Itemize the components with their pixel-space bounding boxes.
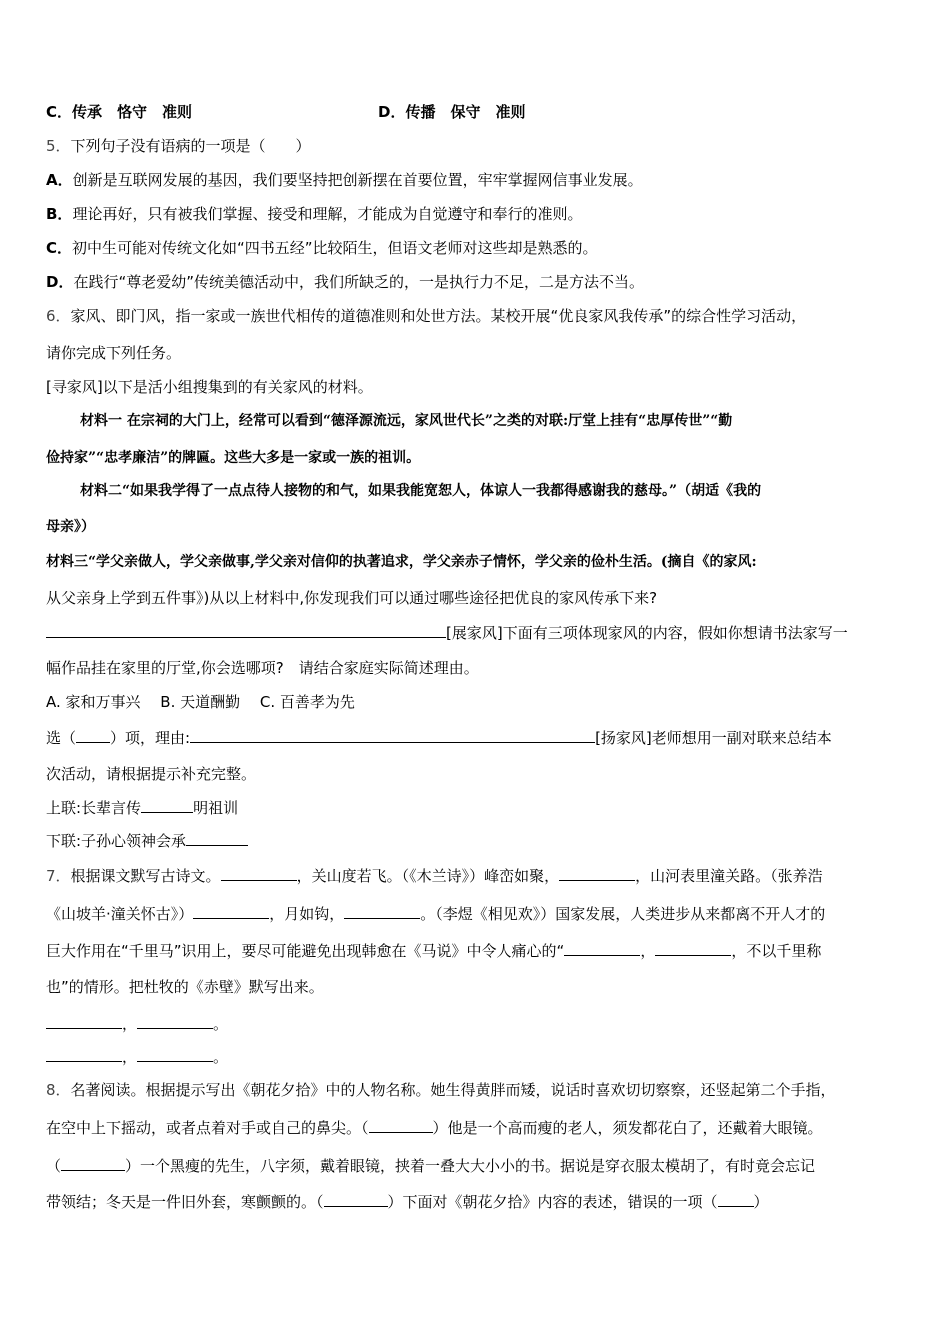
answer-blank[interactable] (193, 903, 269, 919)
q4-option-c: C．传承 恪守 准则 (46, 102, 192, 122)
answer-blank[interactable] (137, 1013, 213, 1029)
option-text: 传播 保守 准则 (405, 103, 525, 121)
punct: ， (122, 1015, 137, 1033)
q6-stem-line1: 6．家风、即门风，指一家或一族世代相传的道德准则和处世方法。某校开展“优良家风我… (46, 306, 806, 326)
material3-line2: 从父亲身上学到五件事》)从以上材料中,你发现我们可以通过哪些途径把优良的家风传承… (46, 588, 657, 608)
chibi-line1: ，。 (46, 1013, 228, 1034)
question-number: 6． (46, 307, 71, 325)
answer-blank[interactable] (564, 940, 640, 956)
option-text: 初中生可能对传统文化如“四书五经”比较陌生，但语文老师对这些却是熟悉的。 (72, 239, 598, 257)
punct: 。 (213, 1015, 228, 1033)
choose-suffix: ）项，理由: (110, 729, 190, 747)
q7-line2: 《山坡羊·潼关怀古》），月如钩，。（李煜《相见欢》）国家发展，人类进步从来都离不… (46, 903, 825, 924)
q5-option-a: A．创新是互联网发展的基因，我们要坚持把创新摆在首要位置，牢牢掌握网信事业发展。 (46, 170, 643, 190)
option-text: 传承 恪守 准则 (72, 103, 192, 121)
option-text: 在践行“尊老爱幼”传统美德活动中，我们所缺乏的，一是执行力不足，二是方法不当。 (73, 273, 644, 291)
q8-text: ） (754, 1193, 769, 1211)
task2-line1: [展家风]下面有三项体现家风的内容，假如你想请书法家写一 (46, 622, 848, 643)
answer-blank[interactable] (46, 1013, 122, 1029)
answer-blank[interactable] (61, 1155, 125, 1171)
answer-blank[interactable] (718, 1191, 754, 1207)
option-label: D． (46, 273, 73, 291)
couplet-upper-suffix: 明祖训 (193, 799, 238, 817)
option-label: C． (46, 103, 72, 121)
q8-text: ）他是一个高而瘦的老人，须发都花白了，还戴着大眼镜。 (433, 1119, 823, 1137)
reason-blank[interactable] (190, 727, 595, 743)
answer-blank[interactable] (46, 622, 446, 638)
q8-text: ）一个黑瘦的先生，八字须，戴着眼镜，挟着一叠大大小小的书。据说是穿衣服太模胡了，… (125, 1157, 815, 1175)
choice-blank[interactable] (76, 727, 110, 743)
question-text: 家风、即门风，指一家或一族世代相传的道德准则和处世方法。某校开展“优良家风我传承… (71, 307, 807, 325)
q5-option-c: C．初中生可能对传统文化如“四书五经”比较陌生，但语文老师对这些却是熟悉的。 (46, 238, 598, 258)
answer-blank[interactable] (221, 865, 297, 881)
answer-blank[interactable] (559, 865, 635, 881)
q5-option-b: B．理论再好，只有被我们掌握、接受和理解，才能成为自觉遵守和奉行的准则。 (46, 204, 582, 224)
q7-text: 根据课文默写古诗文。 (71, 867, 221, 885)
material1-line1: 材料一 在宗祠的大门上，经常可以看到“德泽源流远，家风世代长”之类的对联:厅堂上… (80, 411, 732, 431)
q7-line4: 也”的情形。把杜牧的《赤壁》默写出来。 (46, 977, 324, 997)
question-text: 下列句子没有语病的一项是（ ） (71, 137, 311, 155)
couplet-upper-blank[interactable] (141, 797, 193, 813)
q7-text: 《山坡羊·潼关怀古》） (46, 905, 193, 923)
q7-text: ， (640, 942, 655, 960)
chibi-line2: ，。 (46, 1046, 228, 1067)
task2-options: A. 家和万事兴 B. 天道酬勤 C. 百善孝为先 (46, 692, 355, 712)
q8-text: ）下面对《朝花夕拾》内容的表述，错误的一项（ (388, 1193, 718, 1211)
q8-line2: 在空中上下摇动，或者点着对手或自己的鼻尖。（）他是一个高而瘦的老人，须发都花白了… (46, 1117, 823, 1138)
q8-text: （ (46, 1157, 61, 1175)
q8-text: 在空中上下摇动，或者点着对手或自己的鼻尖。（ (46, 1119, 369, 1137)
option-label: C． (46, 239, 72, 257)
q6-stem-line2: 请你完成下列任务。 (46, 343, 181, 363)
q7-line1: 7．根据课文默写古诗文。，关山度若飞。（《木兰诗》）峰峦如聚，，山河表里潼关路。… (46, 865, 823, 886)
material2-line2: 母亲》） (46, 517, 95, 537)
question-number: 8． (46, 1081, 71, 1099)
choose-prefix: 选（ (46, 729, 76, 747)
couplet-upper-prefix: 上联:长辈言传 (46, 799, 141, 817)
q5-option-d: D．在践行“尊老爱幼”传统美德活动中，我们所缺乏的，一是执行力不足，二是方法不当… (46, 272, 644, 292)
q7-text: 巨大作用在“千里马”识用上，要尽可能避免出现韩愈在《马说》中令人痛心的“ (46, 942, 564, 960)
answer-blank[interactable] (344, 903, 420, 919)
answer-blank[interactable] (324, 1191, 388, 1207)
material3-line1: 材料三“学父亲做人，学父亲做事,学父亲对信仰的执著追求，学父亲赤子情怀，学父亲的… (46, 552, 757, 572)
task3-line2: 次活动，请根据提示补充完整。 (46, 764, 256, 784)
couplet-upper: 上联:长辈言传明祖训 (46, 797, 238, 818)
material2-line1: 材料二“如果我学得了一点点待人接物的和气，如果我能宽恕人，体谅人一我都得感谢我的… (80, 481, 761, 501)
q8-line3: （）一个黑瘦的先生，八字须，戴着眼镜，挟着一叠大大小小的书。据说是穿衣服太模胡了… (46, 1155, 815, 1176)
option-text: 创新是互联网发展的基因，我们要坚持把创新摆在首要位置，牢牢掌握网信事业发展。 (73, 171, 643, 189)
q4-option-d: D．传播 保守 准则 (378, 102, 525, 122)
answer-blank[interactable] (137, 1046, 213, 1062)
q7-line3: 巨大作用在“千里马”识用上，要尽可能避免出现韩愈在《马说》中令人痛心的“，，不以… (46, 940, 821, 961)
option-label: B． (46, 205, 72, 223)
couplet-lower-prefix: 下联:子孙心领神会承 (46, 832, 186, 850)
answer-blank[interactable] (46, 1046, 122, 1062)
task2-text: [展家风]下面有三项体现家风的内容，假如你想请书法家写一 (446, 624, 848, 642)
task3-text: [扬家风]老师想用一副对联来总结本 (595, 729, 832, 747)
task2-line2: 幅作品挂在家里的厅堂,你会选哪项? 请结合家庭实际简述理由。 (46, 658, 479, 678)
choose-line: 选（）项，理由:[扬家风]老师想用一副对联来总结本 (46, 727, 832, 748)
q7-text: 。（李煜《相见欢》）国家发展，人类进步从来都离不开人才的 (420, 905, 825, 923)
answer-blank[interactable] (369, 1117, 433, 1133)
answer-blank[interactable] (655, 940, 731, 956)
q8-text: 名著阅读。根据提示写出《朝花夕拾》中的人物名称。她生得黄胖而矮，说话时喜欢切切察… (71, 1081, 836, 1099)
punct: 。 (213, 1048, 228, 1066)
q8-text: 带领结；冬天是一件旧外套，寒颤颤的。（ (46, 1193, 324, 1211)
q5-stem: 5．下列句子没有语病的一项是（ ） (46, 136, 311, 156)
q8-line4: 带领结；冬天是一件旧外套，寒颤颤的。（）下面对《朝花夕拾》内容的表述，错误的一项… (46, 1191, 769, 1212)
q7-text: ，关山度若飞。（《木兰诗》）峰峦如聚， (297, 867, 560, 885)
option-label: A． (46, 171, 73, 189)
couplet-lower: 下联:子孙心领神会承 (46, 830, 248, 851)
punct: ， (122, 1048, 137, 1066)
material1-line2: 俭持家”“忠孝廉洁”的牌匾。这些大多是一家或一族的祖训。 (46, 448, 420, 468)
q7-text: ，月如钩， (269, 905, 344, 923)
q6-task1-intro: [寻家风]以下是活小组搜集到的有关家风的材料。 (46, 377, 373, 397)
couplet-lower-blank[interactable] (186, 830, 248, 846)
q8-line1: 8．名著阅读。根据提示写出《朝花夕拾》中的人物名称。她生得黄胖而矮，说话时喜欢切… (46, 1080, 836, 1100)
option-text: 理论再好，只有被我们掌握、接受和理解，才能成为自觉遵守和奉行的准则。 (72, 205, 582, 223)
option-label: D． (378, 103, 405, 121)
q7-text: ，不以千里称 (731, 942, 821, 960)
q7-text: ，山河表里潼关路。（张养浩 (635, 867, 823, 885)
question-number: 5． (46, 137, 71, 155)
question-number: 7． (46, 867, 71, 885)
